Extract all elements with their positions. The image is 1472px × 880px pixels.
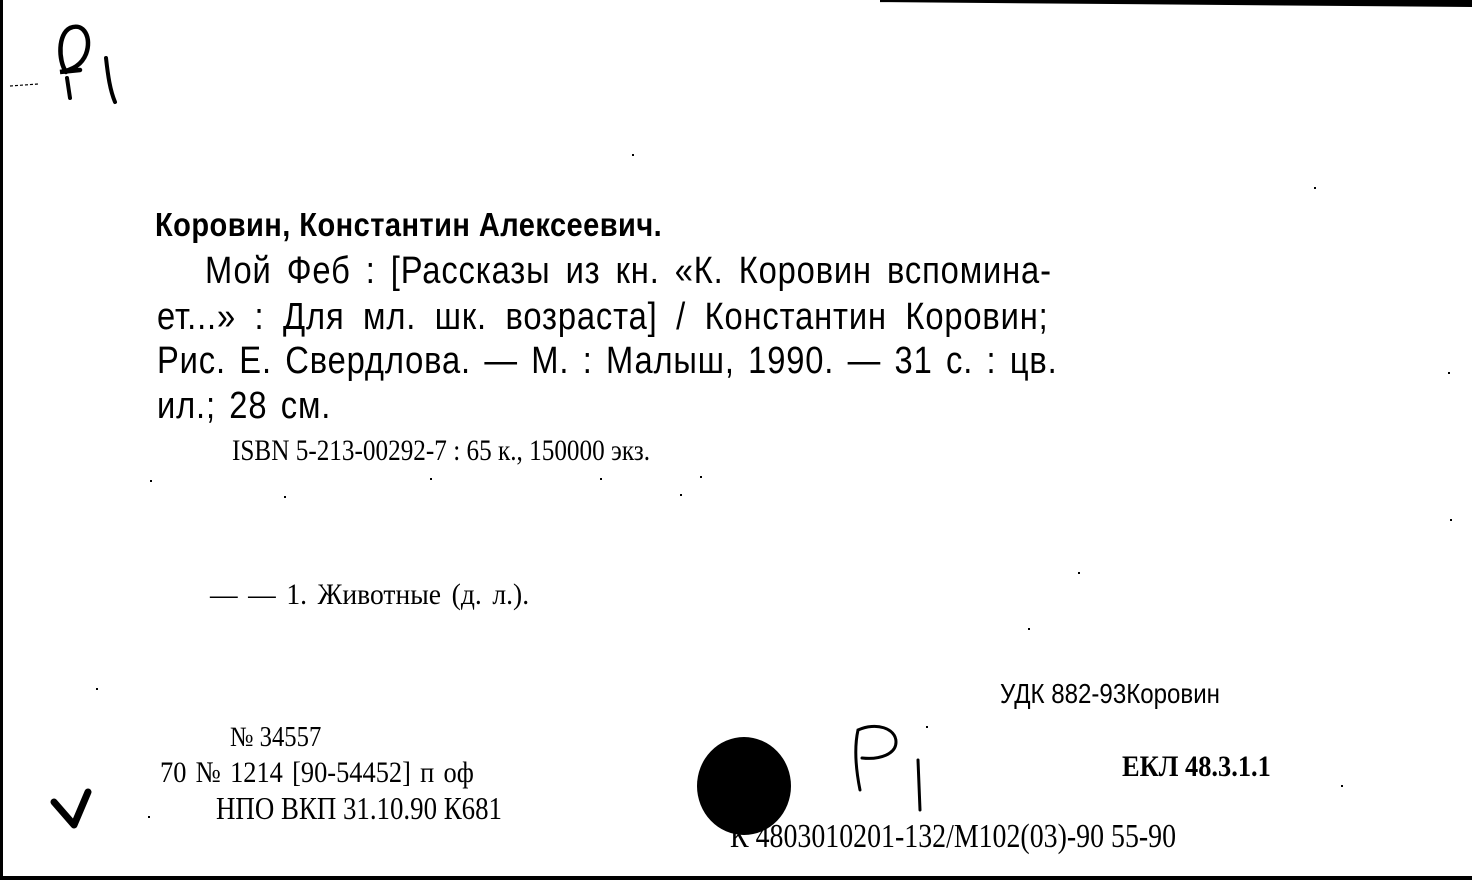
subject-heading: — — 1. Животные (д. л.). bbox=[210, 580, 529, 610]
ekl-code: ЕКЛ 48.3.1.1 bbox=[1122, 752, 1271, 782]
speck bbox=[680, 494, 682, 496]
title-line-1: Мой Феб : [Рассказы из кн. «К. Коровин в… bbox=[205, 252, 1052, 290]
speck bbox=[284, 496, 286, 498]
handwritten-p1-bottom-icon bbox=[840, 718, 940, 818]
author-heading: Коровин, Константин Алексеевич. bbox=[155, 208, 662, 241]
speck bbox=[1341, 785, 1343, 787]
speck bbox=[1078, 572, 1080, 574]
catalog-code: К 4803010201-132/М102(03)-90 55-90 bbox=[730, 820, 1176, 854]
print-date: НПО ВКП 31.10.90 К681 bbox=[216, 792, 502, 824]
print-order: 70 № 1214 [90-54452] п оф bbox=[160, 758, 474, 788]
speck bbox=[926, 726, 928, 728]
speck bbox=[632, 154, 634, 156]
handwritten-p1-top-icon bbox=[0, 20, 140, 110]
title-line-4: ил.; 28 см. bbox=[157, 387, 331, 425]
card-left-edge bbox=[0, 0, 3, 880]
card-top-edge bbox=[880, 0, 1472, 7]
speck bbox=[430, 478, 432, 480]
print-number: № 34557 bbox=[230, 724, 321, 752]
card-bottom-edge bbox=[0, 876, 1472, 880]
speck bbox=[1028, 628, 1030, 630]
speck bbox=[700, 476, 702, 478]
isbn-line: ISBN 5-213-00292-7 : 65 к., 150000 экз. bbox=[232, 436, 650, 466]
speck bbox=[150, 480, 152, 482]
speck bbox=[1450, 519, 1452, 521]
udk-code: УДК 882-93Коровин bbox=[1000, 680, 1220, 708]
speck bbox=[96, 688, 98, 690]
title-line-2: ет...» : Для мл. шк. возраста] / Констан… bbox=[157, 298, 1049, 336]
title-line-3: Рис. Е. Свердлова. — М. : Малыш, 1990. —… bbox=[157, 342, 1058, 380]
speck bbox=[148, 816, 150, 818]
check-icon bbox=[48, 788, 102, 842]
speck bbox=[600, 478, 602, 480]
catalog-card: Коровин, Константин Алексеевич. Мой Феб … bbox=[0, 0, 1472, 880]
speck bbox=[1314, 187, 1316, 189]
speck bbox=[1448, 372, 1450, 374]
